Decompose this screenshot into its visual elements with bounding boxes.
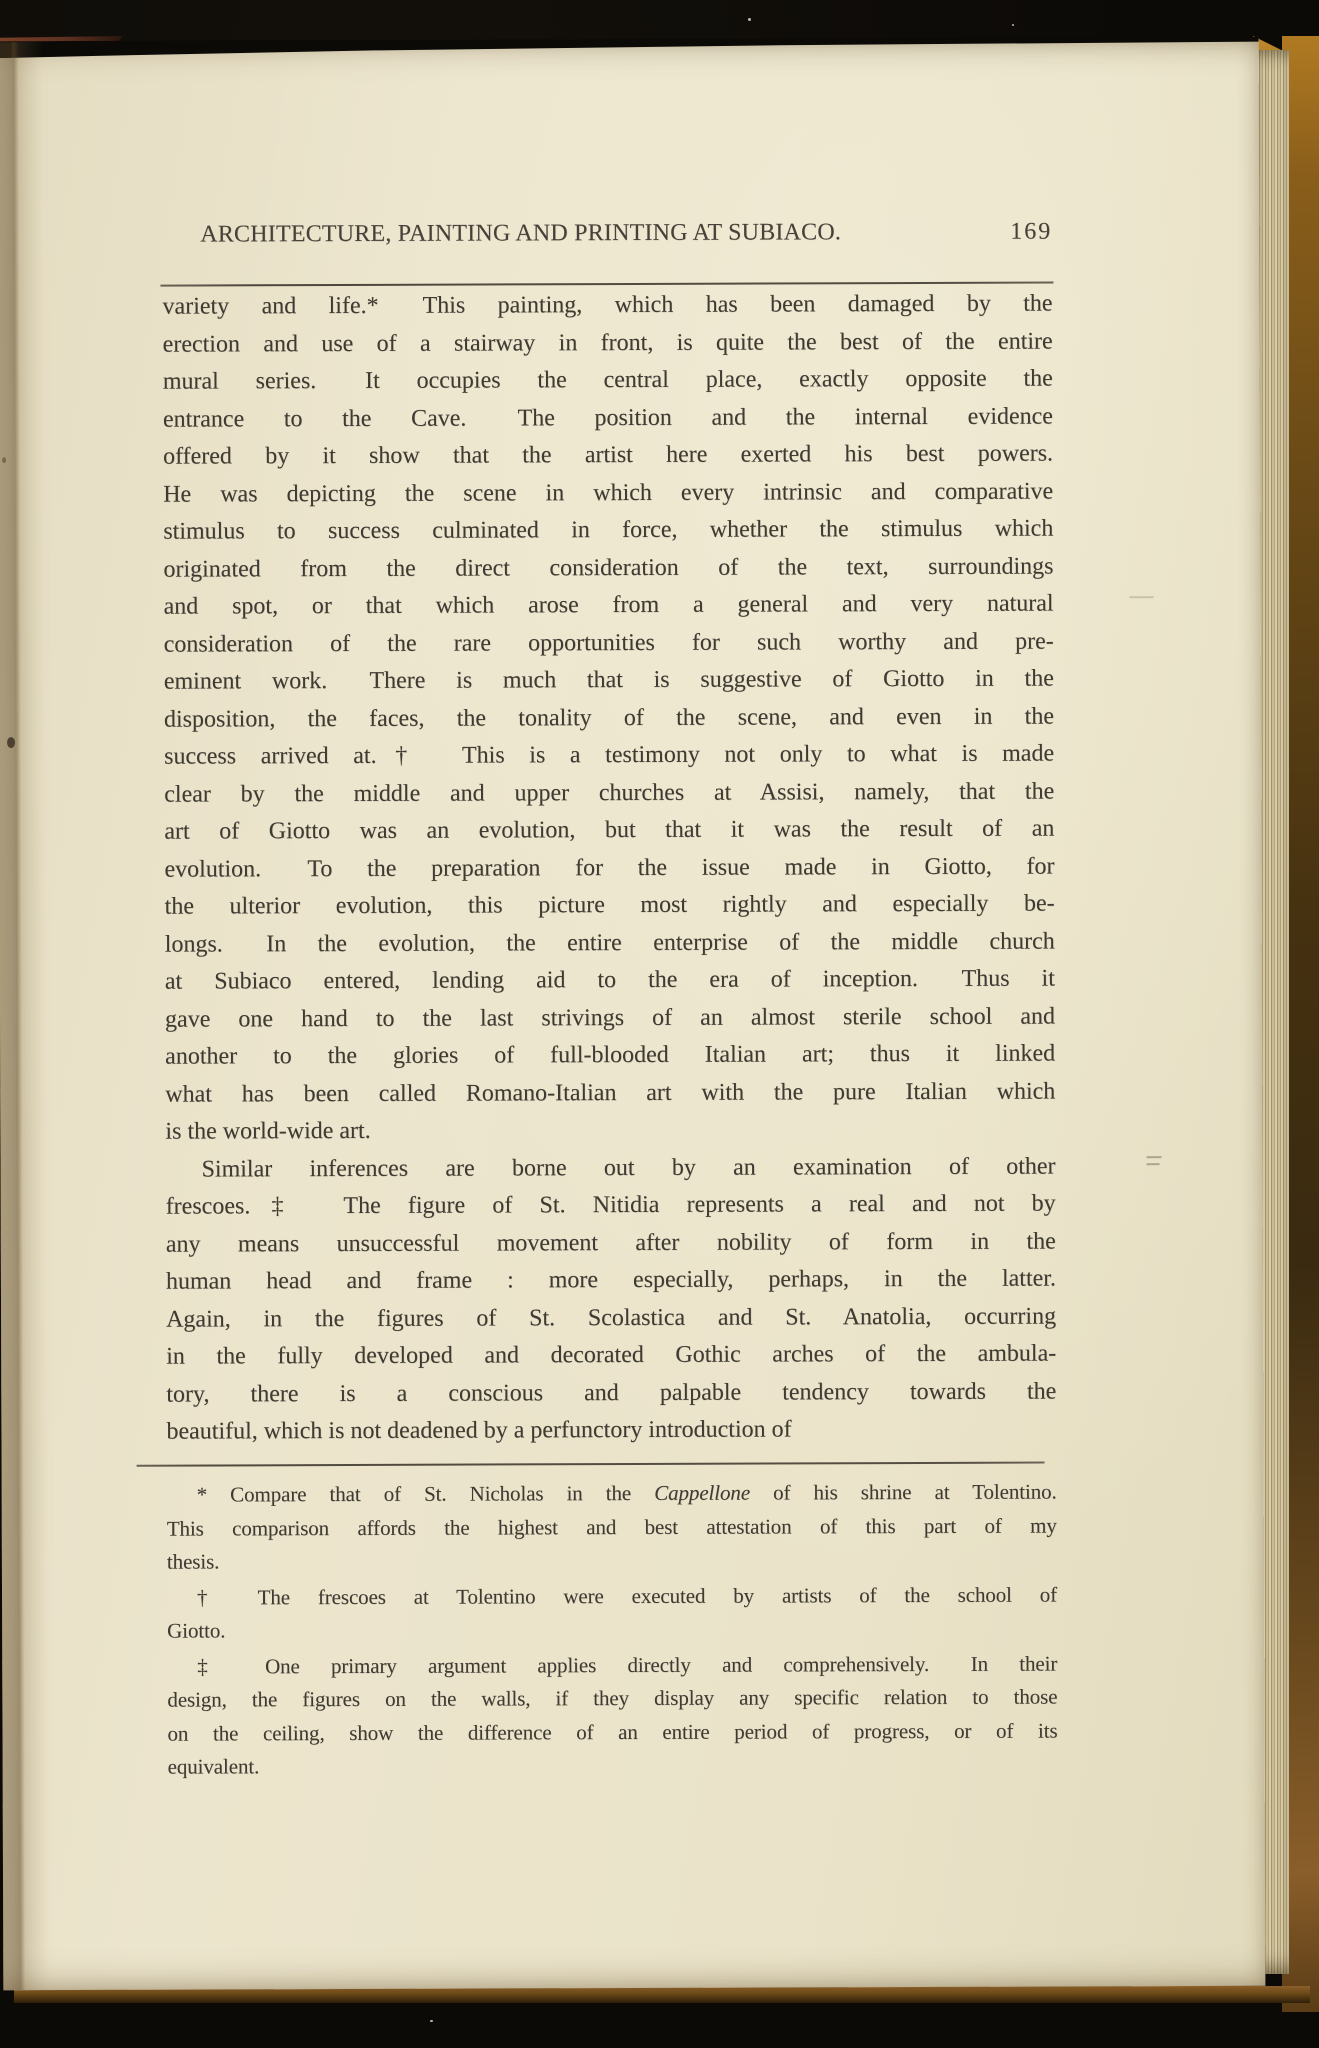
- body-line: tory, there is a conscious and palpable …: [166, 1373, 1056, 1414]
- body-text: variety and life.* This painting, which …: [162, 286, 1056, 1452]
- footnote-line: This comparison affords the highest and …: [167, 1509, 1057, 1546]
- body-line: another to the glories of full-blooded I…: [165, 1036, 1055, 1077]
- running-header: ARCHITECTURE, PAINTING AND PRINTING AT S…: [162, 217, 1052, 250]
- body-line: in the fully developed and decorated Got…: [166, 1336, 1056, 1377]
- body-line: gave one hand to the last strivings of a…: [165, 998, 1055, 1039]
- gutter-shadow: [0, 42, 49, 1990]
- body-line: success arrived at.† This is a testimony…: [164, 736, 1054, 777]
- body-line: the ulterior evolution, this picture mos…: [165, 886, 1055, 927]
- body-line: Similar inferences are borne out by an e…: [165, 1148, 1055, 1189]
- footnote-line: on the ceiling, show the difference of a…: [167, 1714, 1057, 1751]
- body-line: offered by it show that the artist here …: [163, 436, 1053, 477]
- body-line: at Subiaco entered, lending aid to the e…: [165, 961, 1055, 1002]
- body-line: human head and frame : more especially, …: [166, 1261, 1056, 1302]
- dust-speck: [1012, 24, 1014, 26]
- pencil-mark: [1147, 1163, 1160, 1165]
- body-line: beautiful, which is not deadened by a pe…: [166, 1411, 1056, 1452]
- body-line: what has been called Romano-Italian art …: [165, 1073, 1055, 1114]
- footnote-line: thesis.: [167, 1543, 1057, 1580]
- body-line: Again, in the figures of St. Scolastica …: [166, 1298, 1056, 1339]
- dust-speck: [430, 2020, 433, 2022]
- footnote-line: * Compare that of St. Nicholas in the Ca…: [167, 1476, 1057, 1513]
- body-line: any means unsuccessful movement after no…: [166, 1223, 1056, 1264]
- header-title: ARCHITECTURE, PAINTING AND PRINTING AT S…: [200, 217, 841, 249]
- footnote-line: ‡ One primary argument applies directly …: [167, 1647, 1057, 1684]
- body-line: eminent work. There is much that is sugg…: [164, 661, 1054, 702]
- footnote: ‡ One primary argument applies directly …: [167, 1647, 1057, 1784]
- footnotes: * Compare that of St. Nicholas in the Ca…: [167, 1476, 1058, 1787]
- body-line: disposition, the faces, the tonality of …: [164, 698, 1054, 739]
- book-photograph: ARCHITECTURE, PAINTING AND PRINTING AT S…: [0, 0, 1319, 2048]
- pencil-mark: [1130, 596, 1154, 598]
- footnote-line: † The frescoes at Tolentino were execute…: [167, 1578, 1057, 1615]
- footnote-line: Giotto.: [167, 1612, 1057, 1649]
- footnote: * Compare that of St. Nicholas in the Ca…: [167, 1476, 1057, 1580]
- body-line: art of Giotto was an evolution, but that…: [164, 811, 1054, 852]
- body-line: variety and life.* This painting, which …: [162, 286, 1052, 327]
- header-page-number: 169: [1010, 217, 1052, 247]
- ink-speck: [7, 737, 15, 748]
- body-line: originated from the direct consideration…: [163, 548, 1053, 589]
- footnote: † The frescoes at Tolentino were execute…: [167, 1578, 1057, 1648]
- ink-speck: [2, 457, 6, 463]
- body-line: He was depicting the scene in which ever…: [163, 473, 1053, 514]
- text-column: ARCHITECTURE, PAINTING AND PRINTING AT S…: [162, 39, 1059, 1990]
- pencil-mark: [1146, 1156, 1161, 1158]
- book-page: ARCHITECTURE, PAINTING AND PRINTING AT S…: [0, 38, 1265, 1990]
- body-line: mural series. It occupies the central pl…: [163, 361, 1053, 402]
- footnote-rule: [137, 1462, 1045, 1467]
- footnote-line: design, the figures on the walls, if the…: [167, 1681, 1057, 1718]
- body-line: entrance to the Cave. The position and t…: [163, 398, 1053, 439]
- body-line: erection and use of a stairway in front,…: [163, 323, 1053, 364]
- body-line: evolution. To the preparation for the is…: [164, 848, 1054, 889]
- body-line: longs. In the evolution, the entire ente…: [165, 923, 1055, 964]
- body-line: stimulus to success culminated in force,…: [163, 511, 1053, 552]
- dust-speck: [748, 18, 751, 21]
- body-line: clear by the middle and upper churches a…: [164, 773, 1054, 814]
- body-line: and spot, or that which arose from a gen…: [164, 586, 1054, 627]
- body-line: is the world-wide art.: [165, 1111, 1055, 1152]
- body-line: frescoes.‡ The figure of St. Nitidia rep…: [166, 1186, 1056, 1227]
- body-line: consideration of the rare opportunities …: [164, 623, 1054, 664]
- footnote-line: equivalent.: [168, 1748, 1058, 1785]
